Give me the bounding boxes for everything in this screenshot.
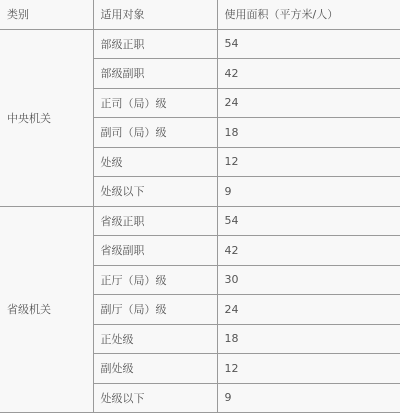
category-cell-central: 中央机关 xyxy=(0,29,93,206)
target-cell: 省级正职 xyxy=(93,206,217,236)
area-cell: 42 xyxy=(217,59,400,89)
header-area: 使用面积（平方米/人） xyxy=(217,0,400,29)
target-cell: 副司（局）级 xyxy=(93,118,217,148)
header-target: 适用对象 xyxy=(93,0,217,29)
area-cell: 24 xyxy=(217,295,400,325)
header-row: 类别 适用对象 使用面积（平方米/人） xyxy=(0,0,400,29)
area-cell: 9 xyxy=(217,383,400,413)
area-cell: 54 xyxy=(217,206,400,236)
table-row: 省级机关 省级正职 54 xyxy=(0,206,400,236)
area-cell: 12 xyxy=(217,354,400,384)
area-cell: 18 xyxy=(217,118,400,148)
area-cell: 42 xyxy=(217,236,400,266)
area-cell: 30 xyxy=(217,265,400,295)
area-cell: 12 xyxy=(217,147,400,177)
area-cell: 24 xyxy=(217,88,400,118)
target-cell: 部级正职 xyxy=(93,29,217,59)
header-category: 类别 xyxy=(0,0,93,29)
area-cell: 54 xyxy=(217,29,400,59)
target-cell: 处级以下 xyxy=(93,177,217,207)
target-cell: 处级以下 xyxy=(93,383,217,413)
category-cell-provincial: 省级机关 xyxy=(0,206,93,413)
target-cell: 副处级 xyxy=(93,354,217,384)
target-cell: 部级副职 xyxy=(93,59,217,89)
target-cell: 省级副职 xyxy=(93,236,217,266)
office-area-standards-table: 类别 适用对象 使用面积（平方米/人） 中央机关 部级正职 54 部级副职 42… xyxy=(0,0,400,413)
target-cell: 处级 xyxy=(93,147,217,177)
target-cell: 正处级 xyxy=(93,324,217,354)
area-cell: 9 xyxy=(217,177,400,207)
target-cell: 正厅（局）级 xyxy=(93,265,217,295)
area-cell: 18 xyxy=(217,324,400,354)
target-cell: 副厅（局）级 xyxy=(93,295,217,325)
table-row: 中央机关 部级正职 54 xyxy=(0,29,400,59)
target-cell: 正司（局）级 xyxy=(93,88,217,118)
